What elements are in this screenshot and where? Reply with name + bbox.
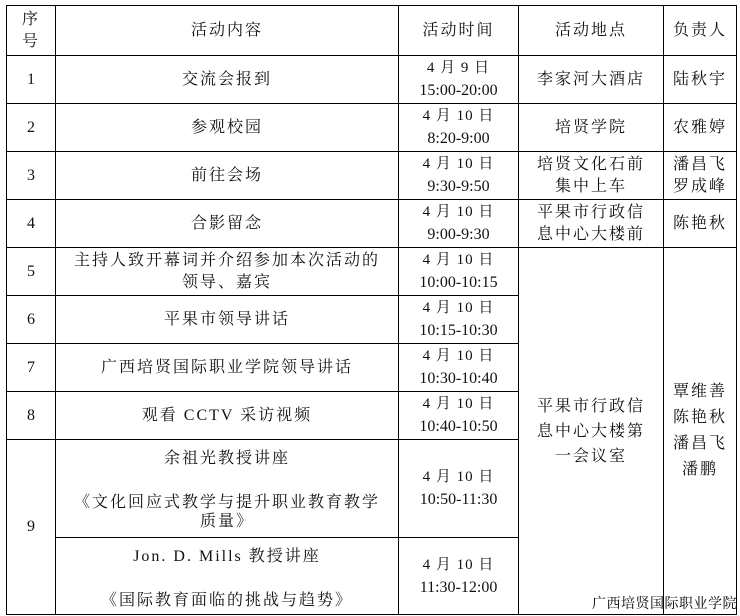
cell-person-1: 陆秋宇	[664, 56, 737, 104]
date-text: 4 月 10 日	[401, 466, 516, 489]
table-row-3: 3 前往会场 4 月 10 日9:30-9:50 培贤文化石前集中上车 潘昌飞罗…	[7, 152, 737, 200]
cell-time-5: 4 月 10 日10:00-10:15	[399, 248, 519, 296]
cell-place-4: 平果市行政信息中心大楼前	[519, 200, 664, 248]
cell-no-2: 2	[7, 104, 56, 152]
time-text: 8:20-9:00	[401, 128, 516, 150]
cell-activity-4: 合影留念	[56, 200, 399, 248]
cell-person-2: 农雅婷	[664, 104, 737, 152]
lecture-topic: 《文化回应式教学与提升职业教育教学质量》	[58, 493, 396, 531]
speaker-name: Jon. D. Mills 教授讲座	[58, 547, 396, 567]
cell-activity-5: 主持人致开幕词并介绍参加本次活动的领导、嘉宾	[56, 248, 399, 296]
cell-time-6: 4 月 10 日10:15-10:30	[399, 296, 519, 344]
cell-activity-1: 交流会报到	[56, 56, 399, 104]
cell-activity-2: 参观校园	[56, 104, 399, 152]
date-text: 4 月 10 日	[401, 345, 516, 368]
cell-time-9b: 4 月 10 日11:30-12:00	[399, 538, 519, 615]
cell-time-3: 4 月 10 日9:30-9:50	[399, 152, 519, 200]
time-text: 9:30-9:50	[401, 176, 516, 198]
cell-no-3: 3	[7, 152, 56, 200]
cell-no-7: 7	[7, 344, 56, 392]
lecture-topic: 《国际教育面临的挑战与趋势》	[58, 591, 396, 610]
time-text: 10:40-10:50	[401, 416, 516, 438]
date-text: 4 月 10 日	[401, 105, 516, 128]
cell-no-1: 1	[7, 56, 56, 104]
cell-time-7: 4 月 10 日10:30-10:40	[399, 344, 519, 392]
header-row: 序号 活动内容 活动时间 活动地点 负责人	[7, 6, 737, 56]
cell-place-merged: 平果市行政信息中心大楼第一会议室	[519, 248, 664, 615]
speaker-name: 余祖光教授讲座	[58, 449, 396, 469]
header-time-label: 活动时间	[422, 22, 494, 39]
date-text: 4 月 10 日	[401, 297, 516, 320]
date-text: 4 月 10 日	[401, 249, 516, 272]
table-row-1: 1 交流会报到 4 月 9 日15:00-20:00 李家河大酒店 陆秋宇	[7, 56, 737, 104]
cell-no-9: 9	[7, 440, 56, 615]
cell-activity-3: 前往会场	[56, 152, 399, 200]
cell-activity-6: 平果市领导讲话	[56, 296, 399, 344]
time-text: 9:00-9:30	[401, 224, 516, 246]
cell-time-4: 4 月 10 日9:00-9:30	[399, 200, 519, 248]
time-text: 10:00-10:15	[401, 272, 516, 294]
header-no-label: 序号	[21, 9, 42, 53]
header-person: 负责人	[664, 6, 737, 56]
cell-no-6: 6	[7, 296, 56, 344]
cell-activity-8: 观看 CCTV 采访视频	[56, 392, 399, 440]
header-content-label: 活动内容	[191, 22, 263, 39]
table-row-5: 5 主持人致开幕词并介绍参加本次活动的领导、嘉宾 4 月 10 日10:00-1…	[7, 248, 737, 296]
cell-activity-9a: 余祖光教授讲座 《文化回应式教学与提升职业教育教学质量》	[56, 440, 399, 538]
cell-time-9a: 4 月 10 日10:50-11:30	[399, 440, 519, 538]
header-time: 活动时间	[399, 6, 519, 56]
time-text: 10:30-10:40	[401, 368, 516, 390]
cell-time-2: 4 月 10 日8:20-9:00	[399, 104, 519, 152]
table-row-4: 4 合影留念 4 月 10 日9:00-9:30 平果市行政信息中心大楼前 陈艳…	[7, 200, 737, 248]
cell-person-merged: 覃维善陈艳秋潘昌飞潘鹏	[664, 248, 737, 615]
date-text: 4 月 9 日	[401, 57, 516, 80]
header-place-label: 活动地点	[555, 22, 627, 39]
cell-no-4: 4	[7, 200, 56, 248]
header-no: 序号	[7, 6, 56, 56]
cell-time-1: 4 月 9 日15:00-20:00	[399, 56, 519, 104]
time-text: 15:00-20:00	[401, 80, 516, 102]
cell-activity-9b: Jon. D. Mills 教授讲座 《国际教育面临的挑战与趋势》	[56, 538, 399, 615]
header-content: 活动内容	[56, 6, 399, 56]
date-text: 4 月 10 日	[401, 201, 516, 224]
cell-place-3: 培贤文化石前集中上车	[519, 152, 664, 200]
date-text: 4 月 10 日	[401, 554, 516, 577]
cell-person-3: 潘昌飞罗成峰	[664, 152, 737, 200]
cell-place-1: 李家河大酒店	[519, 56, 664, 104]
watermark-text: 广西培贤国际职业学院	[592, 593, 737, 613]
schedule-table: 序号 活动内容 活动时间 活动地点 负责人 1 交流会报到 4 月 9 日15:…	[6, 5, 737, 615]
cell-no-5: 5	[7, 248, 56, 296]
time-text: 11:30-12:00	[401, 577, 516, 599]
cell-activity-7: 广西培贤国际职业学院领导讲话	[56, 344, 399, 392]
header-person-label: 负责人	[673, 22, 727, 39]
table-row-2: 2 参观校园 4 月 10 日8:20-9:00 培贤学院 农雅婷	[7, 104, 737, 152]
cell-person-4: 陈艳秋	[664, 200, 737, 248]
cell-time-8: 4 月 10 日10:40-10:50	[399, 392, 519, 440]
time-text: 10:15-10:30	[401, 320, 516, 342]
time-text: 10:50-11:30	[401, 489, 516, 511]
header-place: 活动地点	[519, 6, 664, 56]
cell-no-8: 8	[7, 392, 56, 440]
cell-place-2: 培贤学院	[519, 104, 664, 152]
date-text: 4 月 10 日	[401, 153, 516, 176]
date-text: 4 月 10 日	[401, 393, 516, 416]
